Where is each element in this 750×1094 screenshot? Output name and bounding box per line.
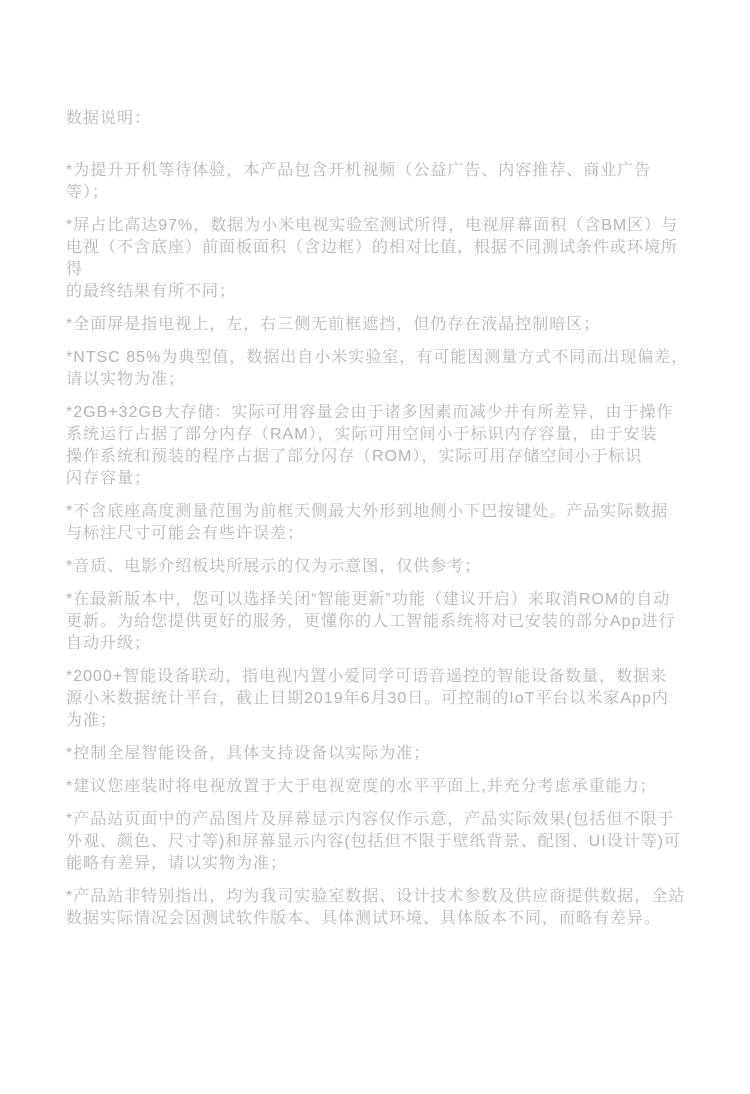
- note-paragraph: *2GB+32GB大存储：实际可用容量会由于诸多因素而减少并有所差异，由于操作 …: [66, 402, 690, 490]
- note-paragraph: *产品站页面中的产品图片及屏幕显示内容仅作示意，产品实际效果(包括但不限于 外观…: [66, 809, 690, 875]
- note-paragraph: *屏占比高达97%，数据为小米电视实验室测试所得，电视屏幕面积（含BM区）与 电…: [66, 215, 690, 303]
- note-paragraph: *音质、电影介绍板块所展示的仅为示意图，仅供参考；: [66, 556, 690, 578]
- section-title: 数据说明：: [66, 108, 690, 130]
- note-paragraph: *在最新版本中，您可以选择关闭“智能更新”功能（建议开启）来取消ROM的自动 更…: [66, 589, 690, 655]
- note-paragraph: *为提升开机等待体验，本产品包含开机视频（公益广告、内容推荐、商业广告等）；: [66, 160, 690, 204]
- note-paragraph: *不含底座高度测量范围为前框天侧最大外形到地侧小下巴按键处。产品实际数据 与标注…: [66, 501, 690, 545]
- notes-list: *为提升开机等待体验，本产品包含开机视频（公益广告、内容推荐、商业广告等）；*屏…: [66, 160, 690, 930]
- note-paragraph: *全面屏是指电视上，左，右三侧无前框遮挡，但仍存在液晶控制暗区；: [66, 314, 690, 336]
- note-paragraph: *产品站非特别指出，均为我司实验室数据、设计技术参数及供应商提供数据，全站 数据…: [66, 886, 690, 930]
- note-paragraph: *控制全屋智能设备，具体支持设备以实际为准；: [66, 743, 690, 765]
- data-notes-section: 数据说明： *为提升开机等待体验，本产品包含开机视频（公益广告、内容推荐、商业广…: [66, 108, 690, 930]
- note-paragraph: *建议您座装时将电视放置于大于电视宽度的水平平面上,并充分考虑承重能力；: [66, 776, 690, 798]
- note-paragraph: *NTSC 85%为典型值，数据出自小米实验室，有可能因测量方式不同而出现偏差，…: [66, 347, 690, 391]
- page: 数据说明： *为提升开机等待体验，本产品包含开机视频（公益广告、内容推荐、商业广…: [0, 0, 750, 1094]
- note-paragraph: *2000+智能设备联动，指电视内置小爱同学可语音遥控的智能设备数量，数据来 源…: [66, 666, 690, 732]
